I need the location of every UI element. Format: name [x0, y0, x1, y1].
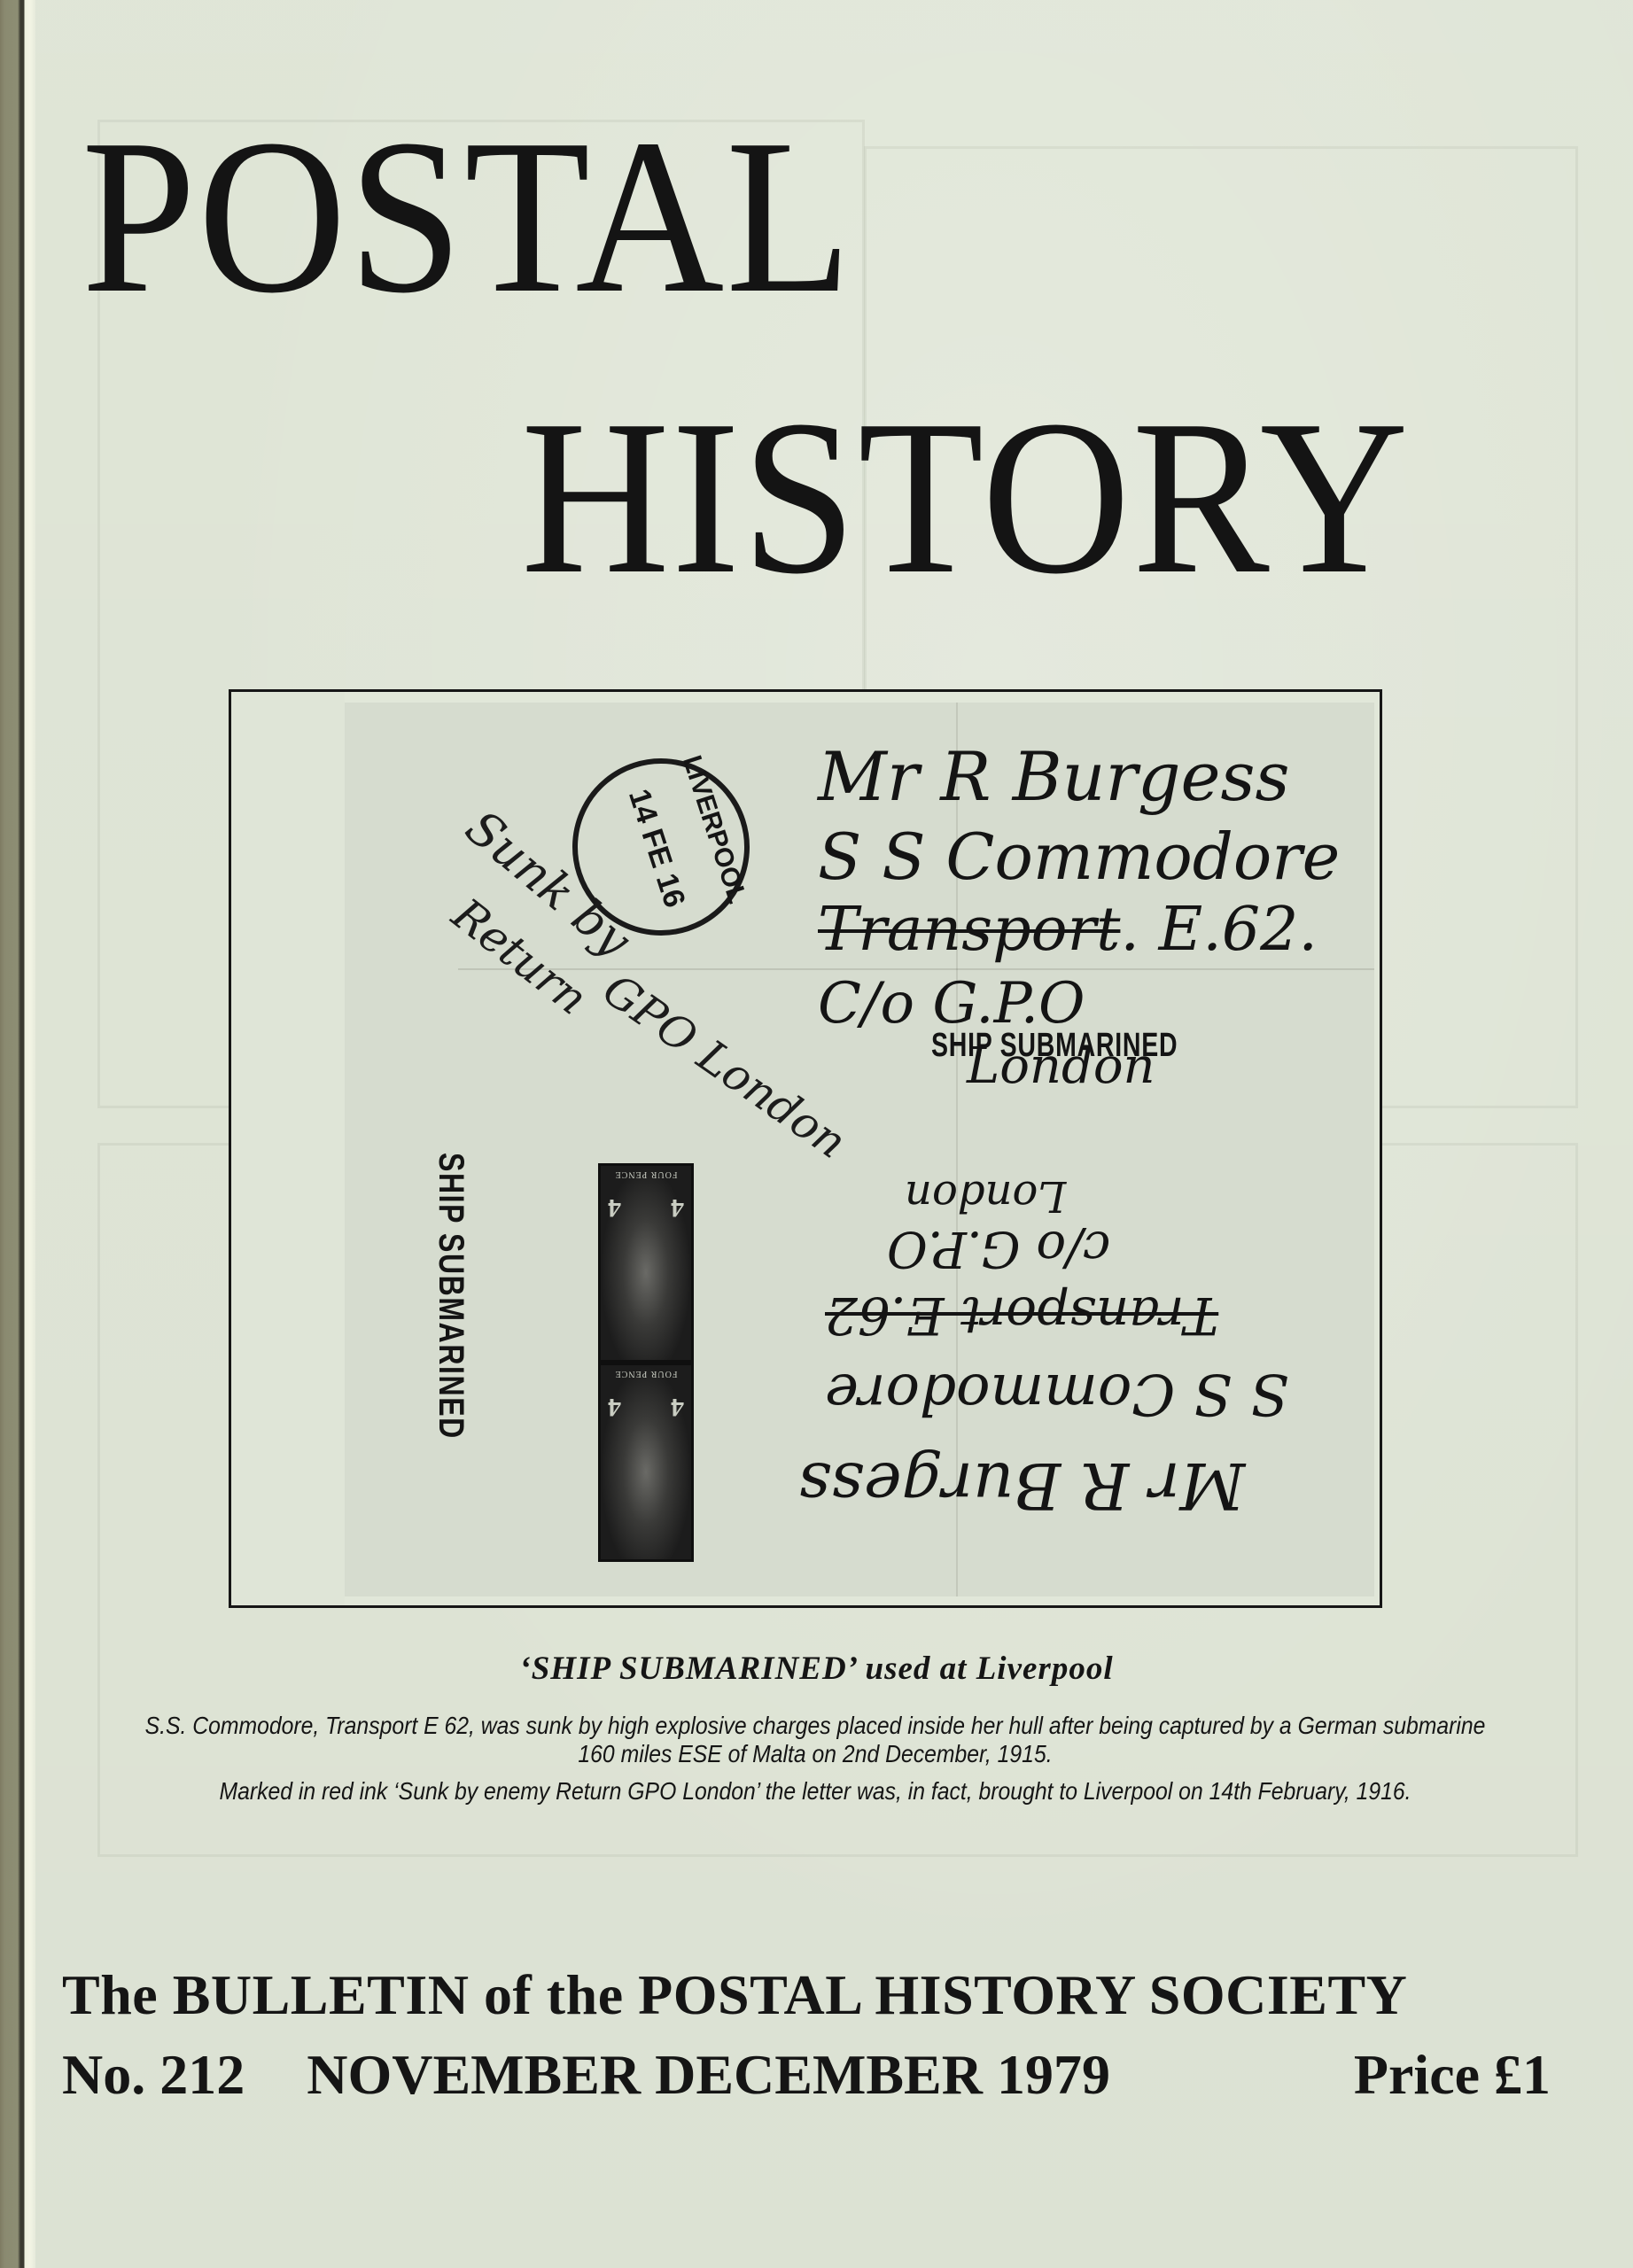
- masthead-postal: POSTAL: [82, 106, 853, 328]
- caption-paragraph: S.S. Commodore, Transport E 62, was sunk…: [137, 1712, 1493, 1768]
- publication-title: The BULLETIN of the POSTAL HISTORY SOCIE…: [62, 1967, 1407, 2023]
- address-line: S S Commodore: [818, 825, 1340, 889]
- masthead-history: HISTORY: [521, 387, 1411, 609]
- stamp-value: 4: [671, 1192, 684, 1223]
- caption-heading: ‘SHIP SUBMARINED’ used at Liverpool: [0, 1650, 1633, 1688]
- inverted-address-line: Mr R Burgess: [798, 1454, 1245, 1518]
- address-line: Mr R Burgess: [818, 743, 1289, 811]
- postage-stamp: FOUR PENCE 4 4: [598, 1363, 694, 1562]
- stamp-value: 4: [671, 1392, 684, 1422]
- struck-word: Transport: [818, 895, 1120, 965]
- binding-edge: [0, 0, 35, 2268]
- ship-submarined-handstamp: SHIP SUBMARINED: [931, 1027, 1178, 1065]
- issue-line: No. 212 NOVEMBER DECEMBER 1979 Price £1: [62, 2047, 1551, 2103]
- publication-line: The BULLETIN of the POSTAL HISTORY SOCIE…: [62, 1967, 1551, 2023]
- stamp-value: 4: [608, 1192, 621, 1223]
- envelope-fold: [458, 968, 1374, 970]
- envelope-margin: [231, 692, 345, 1605]
- stamp-value: 4: [608, 1392, 621, 1422]
- issue-price: Price £1: [1354, 2047, 1551, 2103]
- ship-submarined-handstamp-vertical: SHIP SUBMARINED: [431, 1153, 470, 1440]
- inverted-address-line: London: [905, 1175, 1066, 1217]
- stamp-legend: FOUR PENCE: [601, 1169, 691, 1179]
- postage-stamp-pair: FOUR PENCE 4 4 FOUR PENCE 4 4: [598, 1163, 694, 1562]
- caption-paragraph: Marked in red ink ‘Sunk by enemy Return …: [137, 1777, 1493, 1806]
- cover-photo-frame: LIVERPOOL 14 FE 16 Sunk by Return GPO Lo…: [229, 689, 1382, 1608]
- address-line: Transport. E.62.: [818, 900, 1318, 960]
- transport-number: . E.62.: [1120, 895, 1318, 965]
- issue-date: NOVEMBER DECEMBER 1979: [307, 2047, 1354, 2103]
- address-line: C/o G.P.O: [818, 975, 1085, 1032]
- inverted-address-line: c/o G.P.O: [887, 1223, 1110, 1273]
- postage-stamp: FOUR PENCE 4 4: [598, 1163, 694, 1363]
- inverted-address-line: Transport E.62: [825, 1290, 1218, 1341]
- stamp-legend: FOUR PENCE: [601, 1369, 691, 1379]
- issue-number: No. 212: [62, 2047, 245, 2103]
- inverted-address-line: S S Commodore: [825, 1365, 1289, 1422]
